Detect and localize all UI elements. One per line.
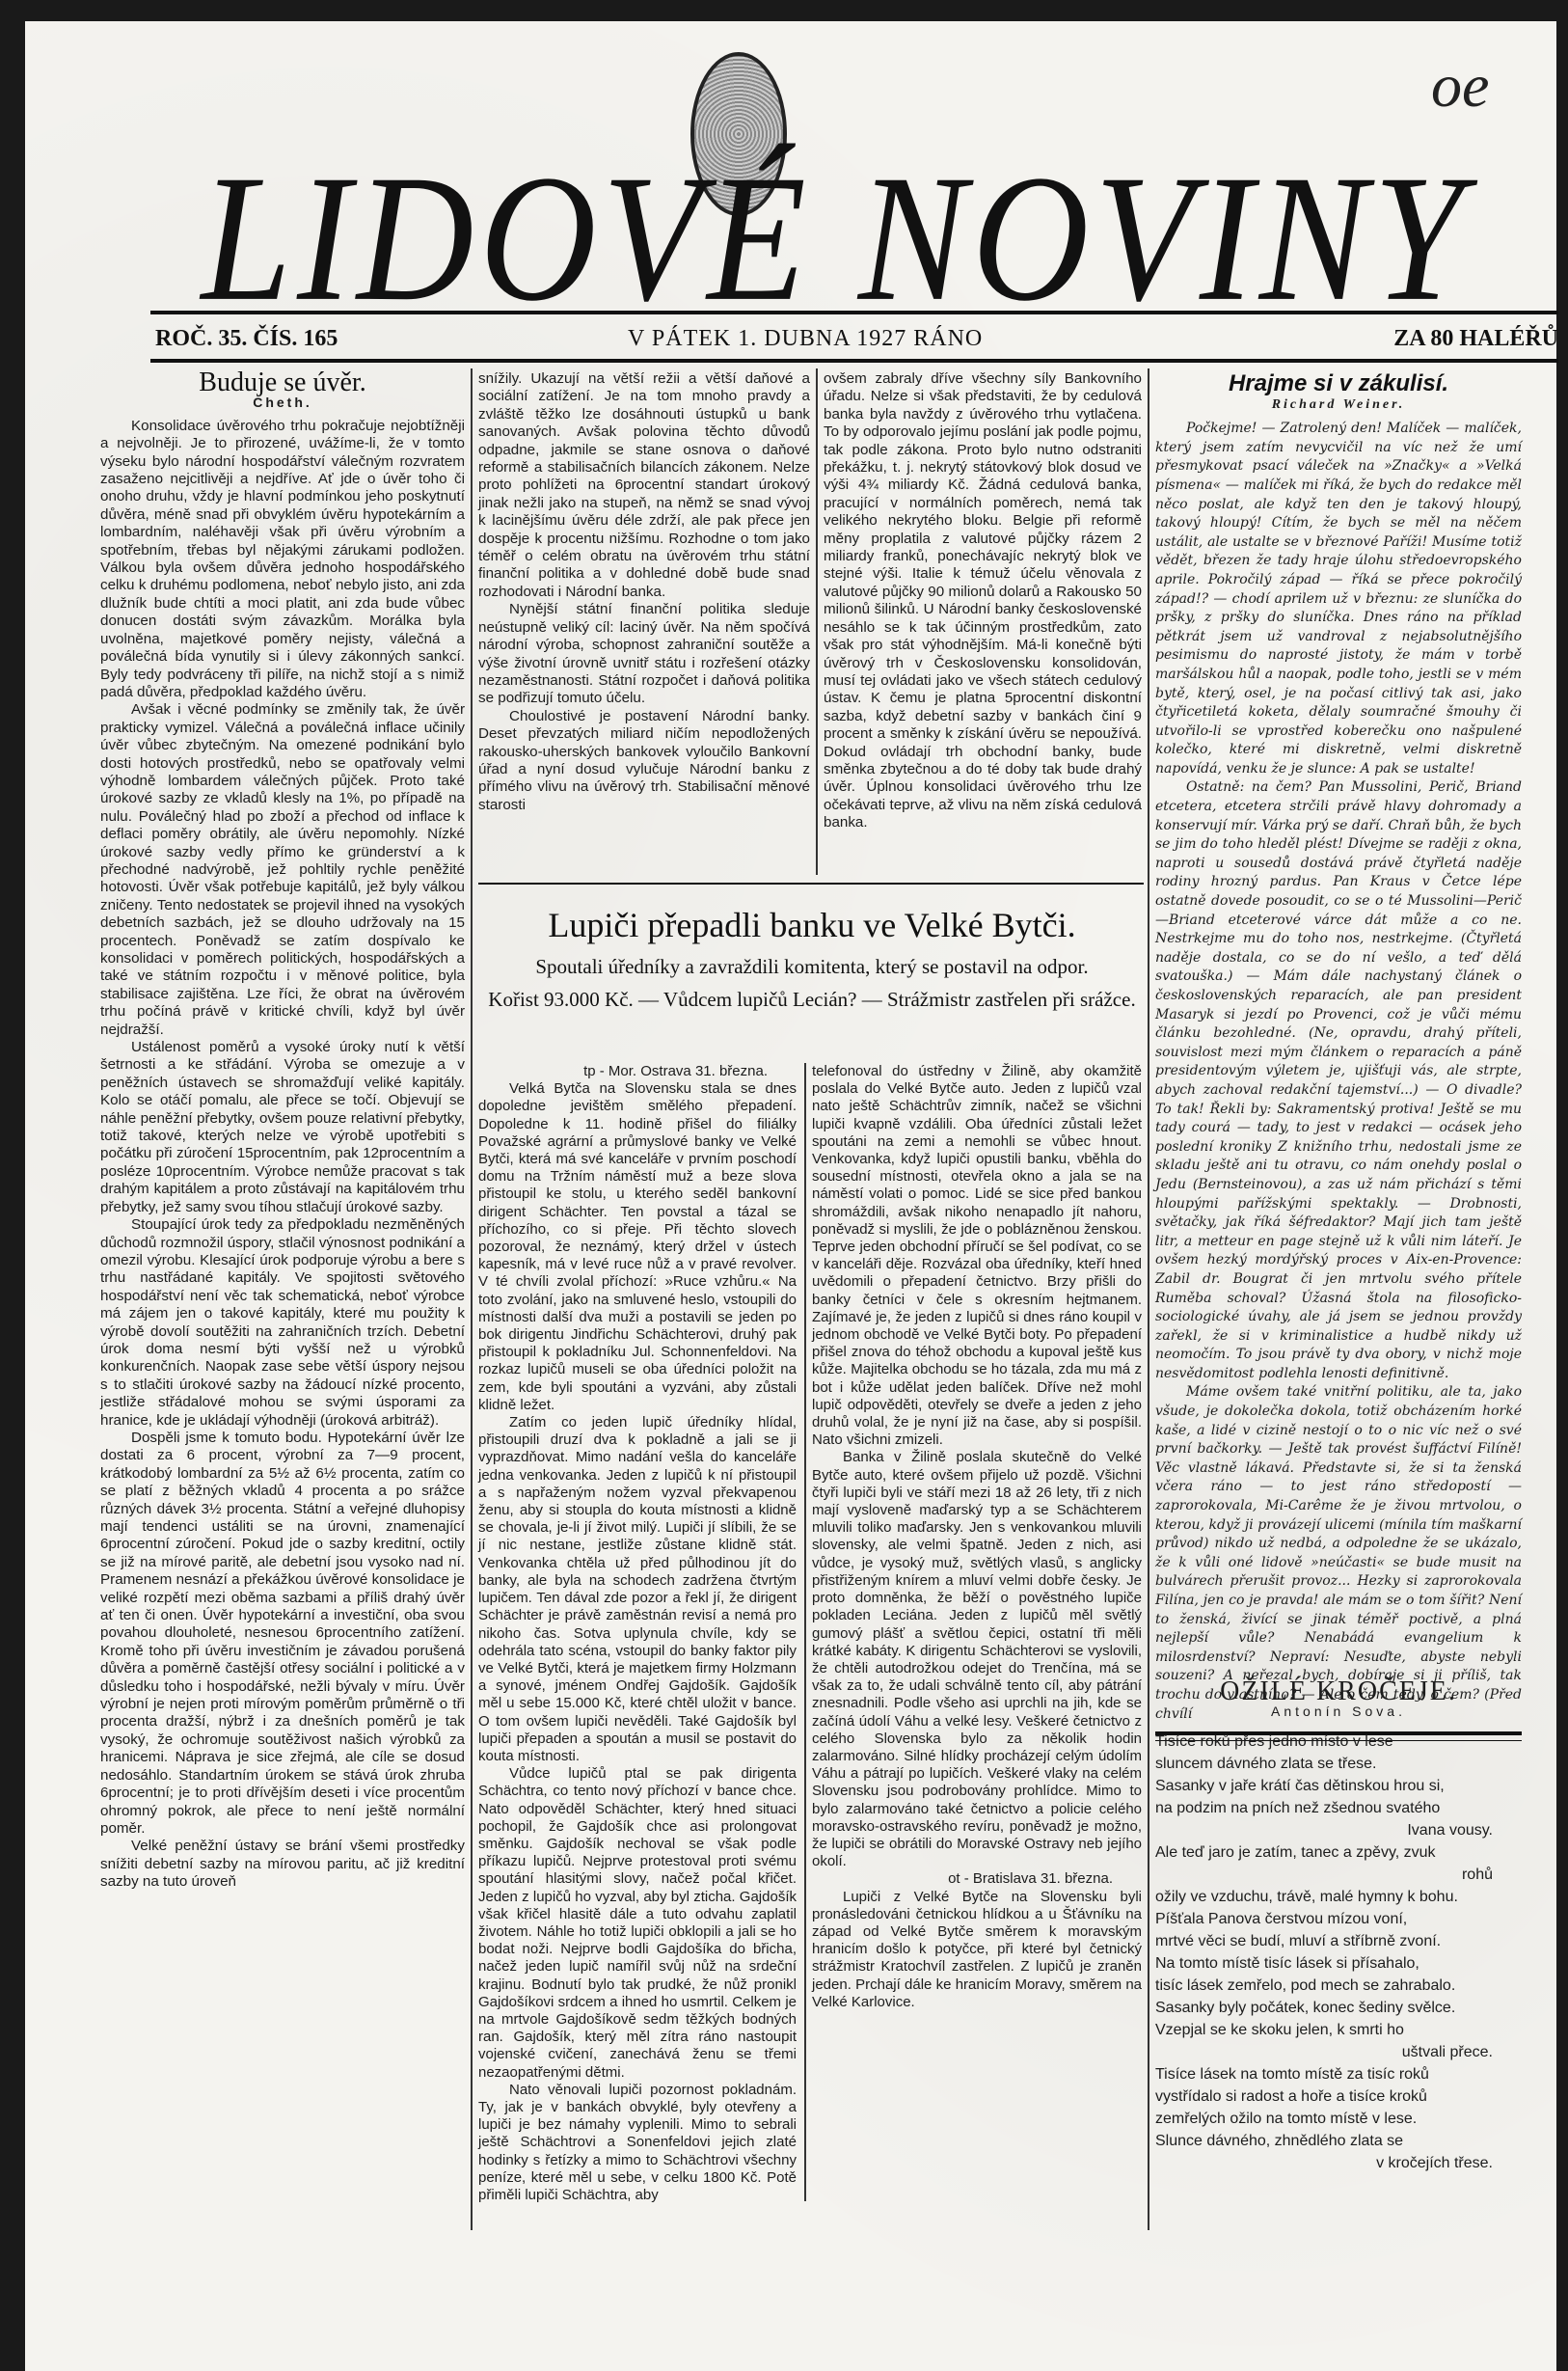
paragraph: Avšak i věcné podmínky se změnily tak, ž…: [100, 701, 465, 1039]
poem-line: ožily ve vzduchu, trávě, malé hymny k bo…: [1155, 1886, 1522, 1908]
dateline: ROČ. 35. ČÍS. 165 V PÁTEK 1. DUBNA 1927 …: [155, 326, 1558, 355]
article-robbery-headline: Lupiči přepadli banku ve Velké Bytči. Sp…: [474, 904, 1149, 1012]
paragraph: Ustálenost poměrů a vysoké úroky nutí k …: [100, 1039, 465, 1216]
poem: OŽILÉ KROČEJE. Antonín Sova. Tisíce roků…: [1155, 1666, 1522, 2174]
article-credit: Buduje se úvěr. Cheth. Konsolidace úvěro…: [100, 368, 465, 1892]
column-divider: [1148, 368, 1149, 2230]
article-robbery-title: Lupiči přepadli banku ve Velké Bytči.: [474, 904, 1149, 946]
paragraph: Nynější státní finanční politika sleduje…: [478, 601, 810, 707]
masthead-title: LIDOVÉ NOVINY: [170, 147, 1500, 330]
paragraph: Ostatně: na čem? Pan Mussolini, Perič, B…: [1155, 778, 1522, 1383]
poem-line: sluncem dávného zlata se třese.: [1155, 1753, 1522, 1775]
dateline-ostrava: tp - Mor. Ostrava 31. března.: [478, 1063, 797, 1080]
paragraph: snížily. Ukazují na větší režii a větší …: [478, 370, 810, 601]
column-divider: [471, 368, 473, 2230]
article-credit-title: Buduje se úvěr.: [100, 374, 465, 392]
poem-line: rohů: [1155, 1864, 1522, 1886]
poem-line: Tisíce roků přes jedno místo v lese: [1155, 1731, 1522, 1753]
dateline-bratislava: ot - Bratislava 31. března.: [812, 1870, 1142, 1888]
paragraph: Banka v Žilině poslala skutečně do Velké…: [812, 1449, 1142, 1870]
poem-line: Ivana vousy.: [1155, 1819, 1522, 1841]
paragraph: Stoupající úrok tedy za předpokladu nezm…: [100, 1216, 465, 1430]
poem-line: tisíc lásek zemřelo, pod mech se zahraba…: [1155, 1975, 1522, 1997]
poem-line: Sasanky byly počátek, konec šediny svělc…: [1155, 1997, 1522, 2019]
poem-line: mrtvé věci se budí, mluví a stříbrně zvo…: [1155, 1930, 1522, 1952]
poem-line: vystřídalo si radost a hoře a tisíce kro…: [1155, 2085, 1522, 2108]
article-credit-continued: snížily. Ukazují na větší režii a větší …: [478, 370, 810, 814]
poem-author: Antonín Sova.: [1155, 1703, 1522, 1720]
paragraph: ovšem zabraly dříve všechny síly Bankovn…: [824, 370, 1142, 832]
issue-date: V PÁTEK 1. DUBNA 1927 RÁNO: [628, 326, 983, 352]
article-robbery-subtitle-2: Kořist 93.000 Kč. — Vůdcem lupičů Lecián…: [474, 987, 1149, 1012]
poem-line: Slunce dávného, zhnědlého zlata se: [1155, 2130, 1522, 2152]
poem-line: Píšťala Panova čerstvou mízou voní,: [1155, 1908, 1522, 1930]
poem-line: uštvali přece.: [1155, 2041, 1522, 2063]
issue-price: ZA 80 HALÉŘŮ: [1393, 326, 1558, 352]
paragraph: Počkejme! — Zatrolený den! Malíček — mal…: [1155, 420, 1522, 778]
paragraph: Choulostivé je postavení Národní banky. …: [478, 708, 810, 814]
article-credit-continued-2: ovšem zabraly dříve všechny síly Bankovn…: [824, 370, 1142, 832]
issue-number: ROČ. 35. ČÍS. 165: [155, 326, 338, 352]
poem-line: Tisíce lásek na tomto místě za tisíc rok…: [1155, 2063, 1522, 2085]
paragraph: Velká Bytča na Slovensku stala se dnes d…: [478, 1080, 797, 1414]
newspaper-page: oe LIDOVÉ NOVINY ROČ. 35. ČÍS. 165 V PÁT…: [25, 21, 1556, 2371]
poem-lines: Tisíce roků přes jedno místo v leseslunc…: [1155, 1731, 1522, 2174]
article-feuilleton-author: Richard Weiner.: [1155, 395, 1522, 415]
poem-line: na podzim na pních než zšednou svatého: [1155, 1797, 1522, 1819]
column-divider: [804, 1063, 806, 2201]
article-robbery-subtitle-1: Spoutali úředníky a zavraždili komitenta…: [474, 954, 1149, 979]
paragraph: Konsolidace úvěrového trhu pokračuje nej…: [100, 418, 465, 702]
paragraph: Vůdce lupičů ptal se pak dirigenta Schäc…: [478, 1765, 797, 2082]
poem-line: v kročejích třese.: [1155, 2152, 1522, 2174]
masthead-rule-top: [150, 311, 1558, 314]
poem-line: Sasanky v jaře krátí čas dětinskou hrou …: [1155, 1775, 1522, 1797]
headline-rule: [478, 883, 1144, 885]
paragraph: Lupiči z Velké Bytče na Slovensku byli p…: [812, 1889, 1142, 2011]
handwritten-mark: oe: [1431, 50, 1489, 122]
paragraph: Velké peněžní ústavy se brání všemi pros…: [100, 1838, 465, 1891]
paragraph: Zatím co jeden lupič úředníky hlídal, př…: [478, 1414, 797, 1765]
article-robbery-col2: telefonoval do ústředny v Žilině, aby ok…: [812, 1063, 1142, 2011]
paragraph: Dospěli jsme k tomuto bodu. Hypotekární …: [100, 1430, 465, 1838]
paragraph: Nato věnovali lupiči pozornost pokladnám…: [478, 2082, 797, 2204]
column-divider: [816, 368, 818, 875]
article-credit-author: Cheth.: [100, 394, 465, 411]
article-feuilleton-title: Hrajme si v zákulisí.: [1155, 374, 1522, 394]
paragraph: telefonoval do ústředny v Žilině, aby ok…: [812, 1063, 1142, 1449]
poem-line: Vzepjal se ke skoku jelen, k smrti ho: [1155, 2019, 1522, 2041]
masthead-rule-bottom: [150, 359, 1558, 363]
poem-title: OŽILÉ KROČEJE.: [1155, 1683, 1522, 1701]
article-robbery-col1: tp - Mor. Ostrava 31. března. Velká Bytč…: [478, 1063, 797, 2204]
poem-line: zemřelých ožilo na tomto místě v lese.: [1155, 2108, 1522, 2130]
poem-line: Na tomto místě tisíc lásek si přísahalo,: [1155, 1952, 1522, 1975]
poem-line: Ale teď jaro je zatím, tanec a zpěvy, zv…: [1155, 1841, 1522, 1864]
article-feuilleton: Hrajme si v zákulisí. Richard Weiner. Po…: [1155, 368, 1522, 1741]
